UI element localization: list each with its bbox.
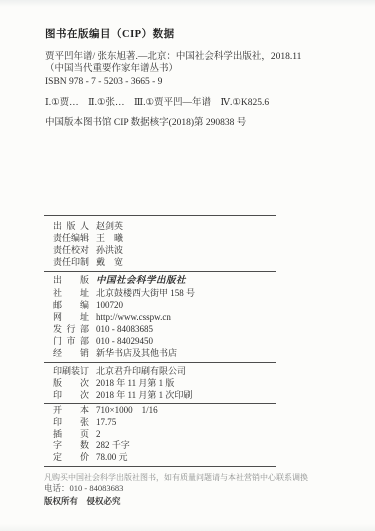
info-value: 2 — [96, 429, 101, 439]
info-row: 字数282 千字 — [53, 440, 276, 452]
info-value: 710×1000 1/16 — [96, 405, 158, 415]
info-row: 社址北京鼓楼西大街甲 158 号 — [53, 287, 276, 299]
info-value: 戴 宽 — [96, 257, 123, 267]
info-row: 邮编100720 — [53, 299, 276, 311]
info-value: 新华书店及其他书店 — [96, 348, 177, 358]
info-value: 2018 年 11 月第 1 次印刷 — [96, 390, 192, 400]
info-value: 赵剑英 — [96, 221, 123, 231]
info-value: 010 - 84029450 — [96, 336, 153, 346]
printing-section: 印刷装订北京君升印刷有限公司 版次2018 年 11 月第 1 版 印次2018… — [44, 362, 276, 403]
info-row: 印刷装订北京君升印刷有限公司 — [53, 365, 276, 377]
cip-description-line: 贾平凹年谱/ 张东旭著.—北京：中国社会科学出版社，2018.11 — [45, 51, 345, 63]
info-label: 印张 — [53, 417, 89, 429]
info-value: http://www.csspw.cn — [96, 312, 171, 322]
cip-section: 图书在版编目（CIP）数据 贾平凹年谱/ 张东旭著.—北京：中国社会科学出版社，… — [45, 26, 345, 128]
info-row: 出版人赵剑英 — [53, 220, 276, 232]
copyright-statement: 版权所有 侵权必究 — [44, 496, 276, 507]
info-label: 发行部 — [53, 323, 89, 335]
staff-section: 出版人赵剑英 责任编辑王 曦 责任校对孙洪波 责任印制戴 宽 — [44, 215, 276, 271]
info-value: 282 千字 — [96, 440, 130, 450]
info-label: 印刷装订 — [53, 365, 89, 377]
info-label: 责任印制 — [53, 256, 89, 268]
info-value: 王 曦 — [96, 233, 123, 243]
info-label: 开本 — [53, 405, 89, 417]
info-row: 出版中国社会科学出版社 — [53, 274, 276, 287]
info-label: 邮编 — [53, 299, 89, 311]
info-value: 孙洪波 — [96, 245, 123, 255]
info-row: 发行部010 - 84083685 — [53, 323, 276, 335]
info-value: 北京鼓楼西大街甲 158 号 — [96, 288, 195, 298]
info-label: 印次 — [53, 389, 89, 401]
info-value: 100720 — [96, 300, 123, 310]
info-label: 门市部 — [53, 335, 89, 347]
info-row: 网址http://www.csspw.cn — [53, 311, 276, 323]
info-label: 插页 — [53, 429, 89, 441]
info-label: 责任编辑 — [53, 232, 89, 244]
info-label: 出版 — [53, 274, 89, 286]
cip-classification-line: Ⅰ.①贾… Ⅱ.①张… Ⅲ.①贾平凹—年谱 Ⅳ.①K825.6 — [45, 94, 345, 108]
info-row: 插页2 — [53, 429, 276, 441]
info-value: 010 - 84083685 — [96, 324, 153, 334]
copyright-page: 图书在版编目（CIP）数据 贾平凹年谱/ 张东旭著.—北京：中国社会科学出版社，… — [0, 0, 375, 531]
info-label: 定价 — [53, 452, 89, 464]
info-value: 北京君升印刷有限公司 — [96, 366, 186, 376]
info-label: 网址 — [53, 311, 89, 323]
service-phone: 电话：010 - 84083683 — [44, 483, 276, 494]
info-value: 2018 年 11 月第 1 版 — [96, 378, 174, 388]
info-row: 责任校对孙洪波 — [53, 244, 276, 256]
info-row: 开本710×1000 1/16 — [53, 405, 276, 417]
cip-isbn-line: ISBN 978 - 7 - 5203 - 3665 - 9 — [45, 76, 345, 88]
info-row: 定价78.00 元 — [53, 452, 276, 464]
info-label: 责任校对 — [53, 244, 89, 256]
cip-registry-line: 中国版本图书馆 CIP 数据核字(2018)第 290838 号 — [45, 114, 345, 128]
info-row: 责任编辑王 曦 — [53, 232, 276, 244]
cip-title: 图书在版编目（CIP）数据 — [45, 26, 345, 41]
info-row: 责任印制戴 宽 — [53, 256, 276, 268]
cip-series-line: （中国当代重要作家年谱丛书） — [45, 63, 345, 75]
info-value: 17.75 — [96, 417, 116, 427]
colophon: 出版人赵剑英 责任编辑王 曦 责任校对孙洪波 责任印制戴 宽 出版中国社会科学出… — [44, 215, 276, 507]
info-row: 门市部010 - 84029450 — [53, 335, 276, 347]
info-row: 版次2018 年 11 月第 1 版 — [53, 377, 276, 389]
info-value: 78.00 元 — [96, 452, 128, 462]
info-row: 印次2018 年 11 月第 1 次印刷 — [53, 389, 276, 401]
publisher-logo: 中国社会科学出版社 — [96, 276, 186, 286]
info-label: 经销 — [53, 347, 89, 359]
quality-notice: 凡购买中国社会科学出版社图书，如有质量问题请与本社营销中心联系调换 — [44, 472, 276, 483]
info-label: 字数 — [53, 440, 89, 452]
info-row: 经销新华书店及其他书店 — [53, 347, 276, 359]
format-section: 开本710×1000 1/16 印张17.75 插页2 字数282 千字 定价7… — [44, 403, 276, 466]
info-label: 社址 — [53, 287, 89, 299]
publisher-section: 出版中国社会科学出版社 社址北京鼓楼西大街甲 158 号 邮编100720 网址… — [44, 271, 276, 362]
info-row: 印张17.75 — [53, 417, 276, 429]
info-label: 版次 — [53, 377, 89, 389]
footer-section: 凡购买中国社会科学出版社图书，如有质量问题请与本社营销中心联系调换 电话：010… — [44, 466, 276, 507]
info-label: 出版人 — [53, 220, 89, 232]
